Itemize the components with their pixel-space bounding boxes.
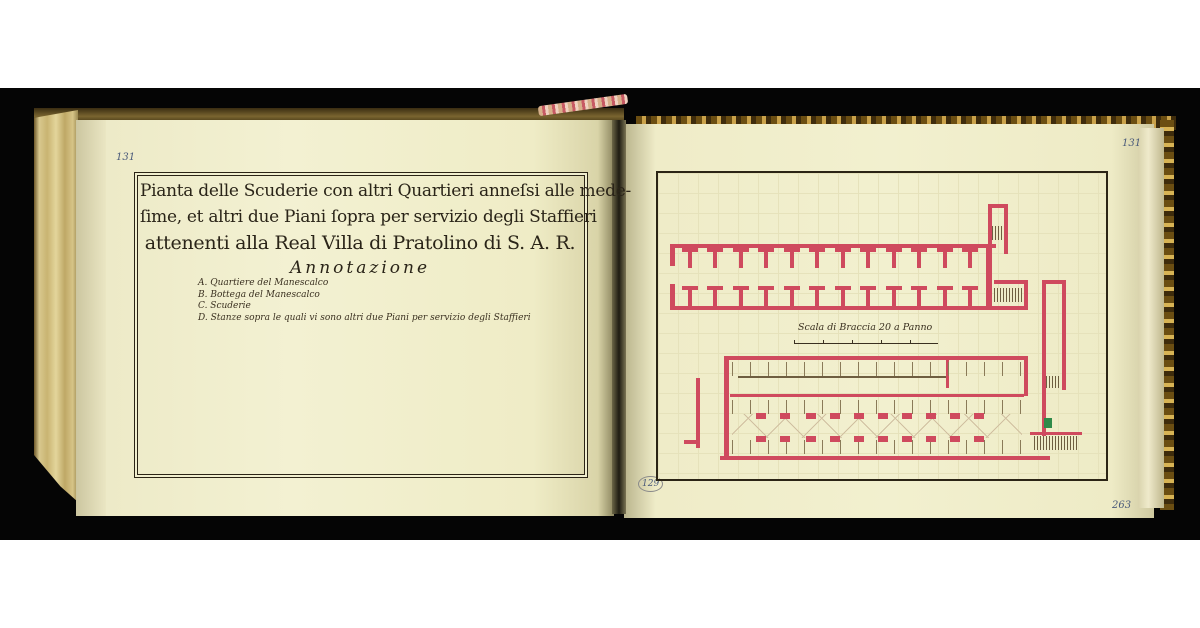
bottom-folio-number: 263 <box>1112 500 1131 511</box>
staircase <box>994 288 1022 302</box>
page-block-edge <box>34 110 78 502</box>
legend-item-b: B. Bottega del Manescalco <box>198 290 531 302</box>
legend-item-a: A. Quartiere del Manescalco <box>198 278 531 290</box>
staircase <box>1034 436 1078 450</box>
scale-label: Scala di Braccia 20 a Panno <box>798 322 932 333</box>
legend: A. Quartiere del Manescalco B. Bottega d… <box>198 278 531 324</box>
staircase <box>1046 376 1060 388</box>
annotation-heading: Annotazione <box>140 256 580 280</box>
right-page-edge <box>1138 128 1164 508</box>
green-marker <box>1044 418 1052 428</box>
legend-item-c: C. Scuderie <box>198 301 531 313</box>
right-page-number: 131 <box>1122 138 1141 149</box>
title-line-3: attenenti alla Real Villa di Pratolino d… <box>140 230 580 256</box>
title-line-1: Pianta delle Scuderie con altri Quartier… <box>140 178 580 204</box>
cover-top-left <box>34 108 624 122</box>
book-gutter <box>612 120 626 514</box>
left-page-shade <box>76 120 106 516</box>
scale-bar <box>794 340 938 344</box>
title-block: Pianta delle Scuderie con altri Quartier… <box>140 178 580 280</box>
title-line-2: ſime, et altri due Piani ſopra per servi… <box>140 204 580 230</box>
left-page-number: 131 <box>116 152 135 163</box>
legend-item-d: D. Stanze sopra le quali vi sono altri d… <box>198 313 531 325</box>
staircase <box>992 226 1004 240</box>
